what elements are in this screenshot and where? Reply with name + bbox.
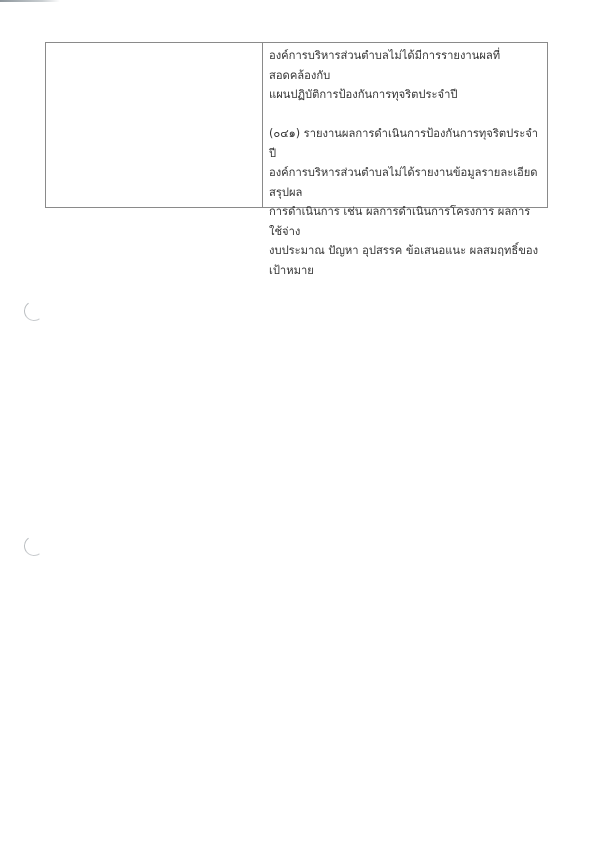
punch-hole-mark bbox=[22, 299, 45, 322]
table-cell-left bbox=[46, 43, 263, 207]
scan-edge-mark bbox=[0, 0, 60, 2]
finding-paragraph-2: (๐๔๑) รายงานผลการดำเนินการป้องกันการทุจร… bbox=[269, 124, 541, 280]
finding-paragraph-1: องค์การบริหารส่วนตำบลไม่ได้มีการรายงานผล… bbox=[269, 46, 541, 105]
assessment-table: องค์การบริหารส่วนตำบลไม่ได้มีการรายงานผล… bbox=[45, 42, 548, 208]
punch-hole-mark bbox=[22, 534, 45, 557]
table-cell-right: องค์การบริหารส่วนตำบลไม่ได้มีการรายงานผล… bbox=[263, 43, 547, 207]
